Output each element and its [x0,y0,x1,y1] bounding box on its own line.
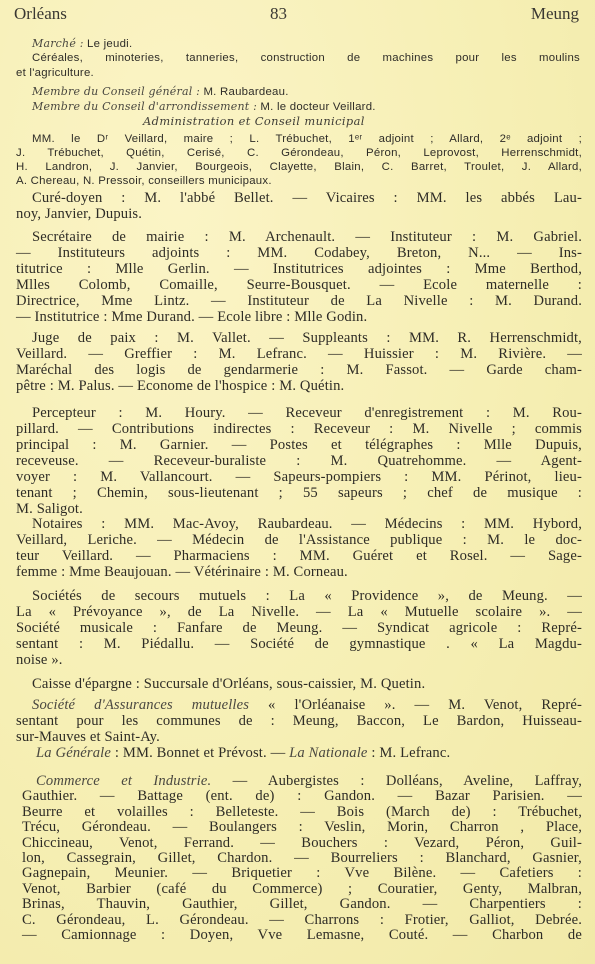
mairie-line: Secrétaire de mairie : M. Archenault. — … [32,229,582,246]
generale-line: La Générale : MM. Bonnet et Prévost. — L… [36,745,450,762]
sante-line: femme : Mme Beaujouan. — Vétérinaire : M… [16,564,348,581]
admin-line: H. Landron, J. Janvier, Bourgeois, Claye… [16,161,582,173]
societes-line: noise ». [16,652,63,669]
mairie-line: Directrice, Mme Lintz. — Instituteur de … [16,293,582,310]
cure-line: Curé-doyen : M. l'abbé Bellet. — Vicaire… [32,190,582,207]
sante-line: Veillard, Leriche. — Médecin de l'Assist… [16,532,582,549]
marche-value: Le jeudi. [84,38,133,50]
header-right: Meung [531,4,579,24]
cure-line: noy, Janvier, Dupuis. [16,206,142,223]
admin-line: A. Chereau, N. Pressoir, conseillers mun… [16,175,272,187]
finances-line: Percepteur : M. Houry. — Receveur d'enre… [32,405,582,422]
conseil-general-value: M. Raubardeau. [200,86,289,98]
industries-line-2: et l'agriculture. [16,67,94,79]
commerce-label: Commerce et Industrie. [36,773,211,789]
societes-line: La « Prévoyance », de La Nivelle. — La «… [16,604,582,621]
assurances-line: sur-Mauves et Saint-Ay. [16,729,160,746]
justice-line: pêtre : M. Palus. — Econome de l'hospice… [16,378,344,395]
commerce-text: — Aubergistes : Dolléans, Aveline, Laffr… [211,773,582,789]
nationale-text: : M. Lefranc. [368,745,451,761]
assurances-line: sentant pour les communes de : Meung, Ba… [16,713,582,730]
assurances-line: Société d'Assurances mutuelles « l'Orléa… [32,697,582,714]
caisse-line: Caisse d'épargne : Succursale d'Orléans,… [32,676,425,693]
generale-label: La Générale [36,745,111,761]
generale-text: : MM. Bonnet et Prévost. — [111,745,289,761]
finances-line: pillard. — Contributions indirectes : Re… [16,421,582,438]
justice-line: Juge de paix : M. Vallet. — Suppleants :… [32,330,582,347]
marche-line: Marché : Le jeudi. [32,37,132,50]
running-header: Orléans 83 Meung [14,4,579,28]
mairie-line: titutrice : Mlle Gerlin. — Institutrices… [16,261,582,278]
mairie-line: Mlles Colomb, Comaille, Seurre-Bousquet.… [16,277,582,294]
document-page: Orléans 83 Meung Marché : Le jeudi. Céré… [0,0,595,964]
conseil-general-label: Membre du Conseil général : [32,85,200,98]
conseil-arr-value: M. le docteur Veillard. [257,101,376,113]
conseil-arr-label: Membre du Conseil d'arrondissement : [32,100,257,113]
admin-title: Administration et Conseil municipal [143,114,365,128]
societes-line: Sociétés de secours mutuels : La « Provi… [32,588,582,605]
justice-line: Maréchal des logis de gendarmerie : M. F… [16,362,582,379]
societes-line: Société musicale : Fanfare de Meung. — S… [16,620,582,637]
sante-line: teur Veillard. — Pharmaciens : MM. Guére… [16,548,582,565]
justice-line: Veillard. — Greffier : M. Lefranc. — Hui… [16,346,582,363]
societes-line: sentant : M. Piédallu. — Société de gymn… [16,636,582,653]
finances-line: voyer : M. Vallancourt. — Sapeurs-pompie… [16,469,582,486]
commerce-line: — Camionnage : Doyen, Vve Lemasne, Couté… [22,927,582,944]
admin-line: MM. le Dʳ Veillard, maire ; L. Trébuchet… [32,133,582,145]
industries-line-1: Céréales, minoteries, tanneries, constru… [32,52,580,64]
assurances-label: Société d'Assurances mutuelles [32,697,249,713]
assurances-text: « l'Orléanaise ». — M. Venot, Repré- [249,697,582,713]
conseil-arr-line: Membre du Conseil d'arrondissement : M. … [32,100,376,113]
mairie-line: — Institutrice : Mme Durand. — Ecole lib… [16,309,367,326]
mairie-line: — Instituteurs adjoints : MM. Codabey, B… [16,245,582,262]
conseil-general-line: Membre du Conseil général : M. Raubardea… [32,85,289,98]
marche-label: Marché : [32,37,84,50]
header-left: Orléans [14,4,67,24]
nationale-label: La Nationale [289,745,367,761]
sante-line: Notaires : MM. Mac-Avoy, Raubardeau. — M… [32,516,582,533]
page-number: 83 [270,4,287,24]
finances-line: receveuse. — Receveur-buraliste : M. Qua… [16,453,582,470]
admin-line: J. Trébuchet, Quétin, Cerisé, C. Géronde… [16,147,582,159]
finances-line: principal : M. Garnier. — Postes et télé… [16,437,582,454]
finances-line: tenant ; Chemin, sous-lieutenant ; 55 sa… [16,485,582,502]
